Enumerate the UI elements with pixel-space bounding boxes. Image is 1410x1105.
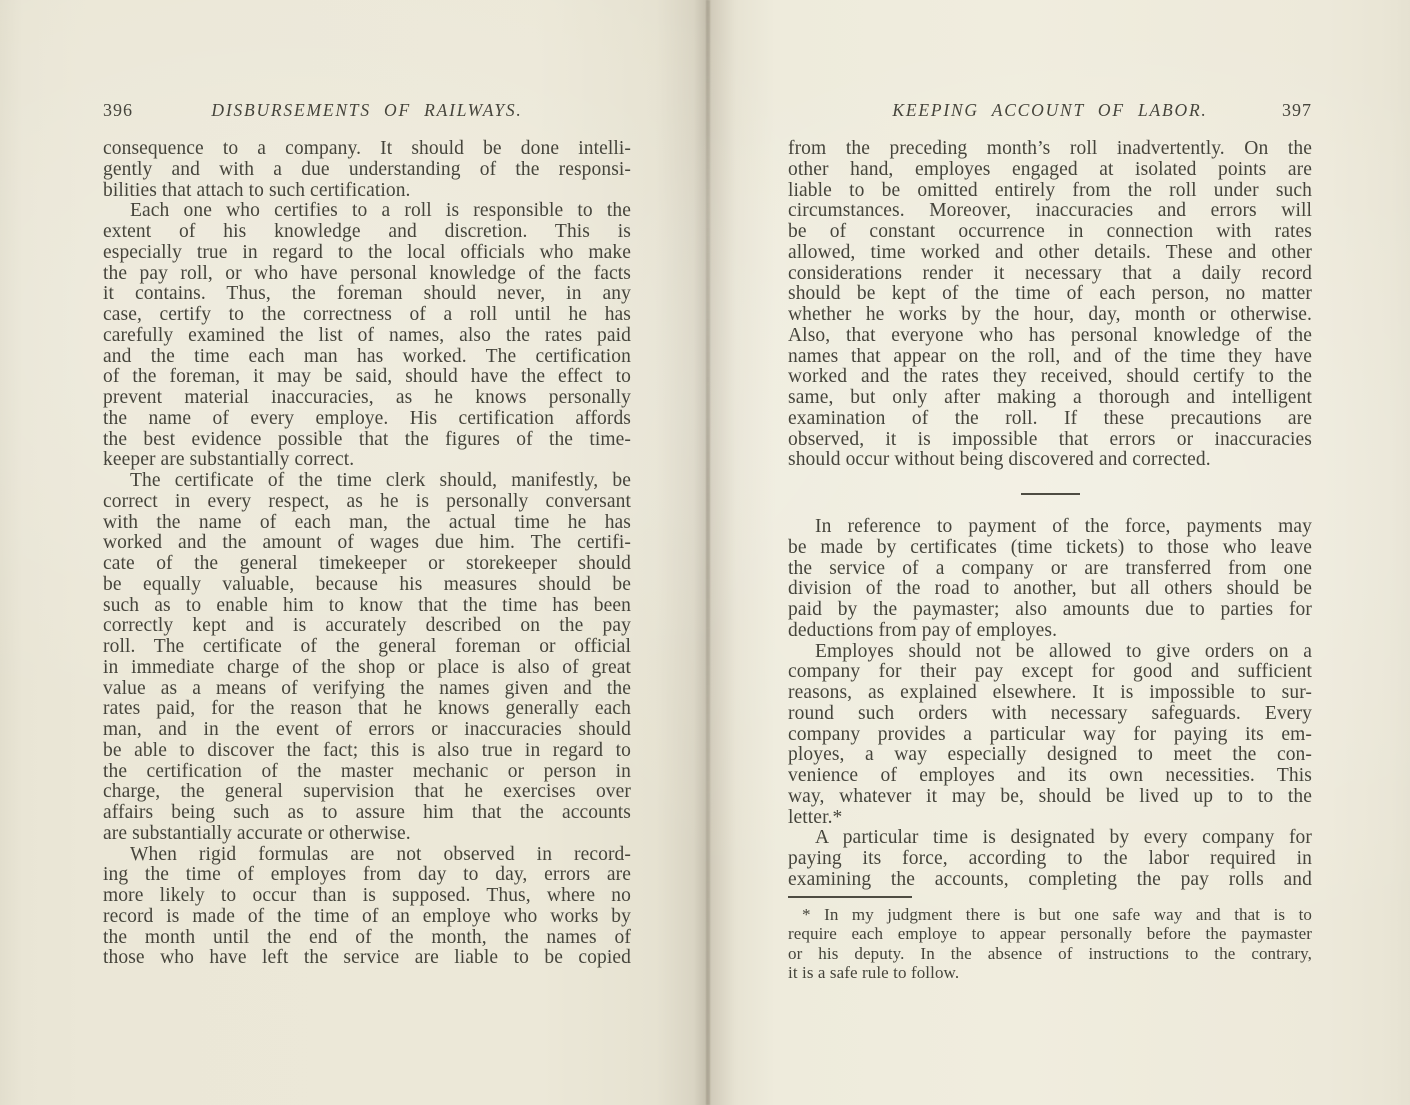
text-line: those who have left the service are liab… [103, 948, 631, 969]
footnote-line: or his deputy. In the absence of instruc… [788, 944, 1312, 964]
text-line: Each one who certifies to a roll is resp… [103, 201, 631, 222]
text-line: of the foreman, it may be said, should h… [103, 367, 631, 388]
page-body: consequence to a company. It should be d… [103, 139, 631, 969]
running-head: KEEPING ACCOUNT OF LABOR. [858, 100, 1242, 121]
text-line: the certification of the master mechanic… [103, 762, 631, 783]
text-line: company provides a particular way for pa… [788, 725, 1312, 746]
page-body: from the preceding month’s roll inadvert… [788, 139, 1312, 983]
text-line: The certificate of the time clerk should… [103, 471, 631, 492]
text-line: letter.* [788, 808, 1312, 829]
text-line: from the preceding month’s roll inadvert… [788, 139, 1312, 160]
page-header: 396 DISBURSEMENTS OF RAILWAYS. [103, 100, 631, 122]
section-divider [1021, 493, 1080, 495]
text-line: worked and the amount of wages due him. … [103, 533, 631, 554]
page-header: KEEPING ACCOUNT OF LABOR. 397 [788, 100, 1312, 122]
text-line: more likely to occur than is supposed. T… [103, 886, 631, 907]
text-line: worked and the rates they received, shou… [788, 367, 1312, 388]
text-line: examining the accounts, completing the p… [788, 870, 1312, 891]
text-line: ing the time of employes from day to day… [103, 865, 631, 886]
text-line: the best evidence possible that the figu… [103, 430, 631, 451]
text-line: gently and with a due understanding of t… [103, 160, 631, 181]
text-line: the pay roll, or who have personal knowl… [103, 264, 631, 285]
footnote-line: * In my judgment there is but one safe w… [788, 905, 1312, 925]
text-line: venience of employes and its own necessi… [788, 766, 1312, 787]
text-line: round such orders with necessary safegua… [788, 704, 1312, 725]
text-line: affairs being such as to assure him that… [103, 803, 631, 824]
text-line: the name of every employe. His certifica… [103, 409, 631, 430]
text-line: bilities that attach to such certificati… [103, 181, 631, 202]
text-line: consequence to a company. It should be d… [103, 139, 631, 160]
text-line: rates paid, for the reason that he knows… [103, 699, 631, 720]
footnote-line: require each employe to appear personall… [788, 924, 1312, 944]
text-line: division of the road to another, but all… [788, 579, 1312, 600]
text-line: correctly kept and is accurately describ… [103, 616, 631, 637]
text-line: When rigid formulas are not observed in … [103, 845, 631, 866]
text-line: should occur without being discovered an… [788, 450, 1312, 471]
text-line: prevent material inaccuracies, as he kno… [103, 388, 631, 409]
text-line: be of constant occurrence in connection … [788, 222, 1312, 243]
text-line: the service of a company or are transfer… [788, 559, 1312, 580]
text-line: examination of the roll. If these precau… [788, 409, 1312, 430]
footnote-line: it is a safe rule to follow. [788, 963, 1312, 983]
text-line: allowed, time worked and other details. … [788, 243, 1312, 264]
text-line: especially true in regard to the local o… [103, 243, 631, 264]
text-line: and the time each man has worked. The ce… [103, 347, 631, 368]
gutter-crease [706, 0, 710, 1105]
text-line: same, but only after making a thorough a… [788, 388, 1312, 409]
text-line: company for their pay except for good an… [788, 662, 1312, 683]
text-line: be able to discover the fact; this is al… [103, 741, 631, 762]
text-line: case, certify to the correctness of a ro… [103, 305, 631, 326]
text-line: deductions from pay of employes. [788, 621, 1312, 642]
text-line: other hand, employes engaged at isolated… [788, 160, 1312, 181]
text-line: are substantially accurate or otherwise. [103, 824, 631, 845]
text-line: it contains. Thus, the foreman should ne… [103, 284, 631, 305]
text-line: circumstances. Moreover, inaccuracies an… [788, 201, 1312, 222]
footnote-rule [788, 896, 912, 898]
text-line: reasons, as explained elsewhere. It is i… [788, 683, 1312, 704]
page-number: 396 [103, 100, 173, 121]
text-line: names that appear on the roll, and of th… [788, 347, 1312, 368]
text-line: way, whatever it may be, should be lived… [788, 787, 1312, 808]
book-scan: 396 DISBURSEMENTS OF RAILWAYS. consequen… [0, 0, 1410, 1105]
running-head: DISBURSEMENTS OF RAILWAYS. [173, 100, 561, 121]
text-line: observed, it is impossible that errors o… [788, 430, 1312, 451]
text-line: Employes should not be allowed to give o… [788, 642, 1312, 663]
text-line: man, and in the event of errors or inacc… [103, 720, 631, 741]
text-line: liable to be omitted entirely from the r… [788, 181, 1312, 202]
text-line: paid by the paymaster; also amounts due … [788, 600, 1312, 621]
text-line: extent of his knowledge and discretion. … [103, 222, 631, 243]
text-line: in immediate charge of the shop or place… [103, 658, 631, 679]
text-line: Also, that everyone who has personal kno… [788, 326, 1312, 347]
text-line: should be kept of the time of each perso… [788, 284, 1312, 305]
text-line: the month until the end of the month, th… [103, 928, 631, 949]
text-line: value as a means of verifying the names … [103, 679, 631, 700]
text-line: keeper are substantially correct. [103, 450, 631, 471]
text-line: be equally valuable, because his measure… [103, 575, 631, 596]
text-line: with the name of each man, the actual ti… [103, 513, 631, 534]
text-line: In reference to payment of the force, pa… [788, 517, 1312, 538]
text-line: carefully examined the list of names, al… [103, 326, 631, 347]
text-line: cate of the general timekeeper or storek… [103, 554, 631, 575]
text-line: such as to enable him to know that the t… [103, 596, 631, 617]
text-line: whether he works by the hour, day, month… [788, 305, 1312, 326]
text-line: A particular time is designated by every… [788, 828, 1312, 849]
text-line: roll. The certificate of the general for… [103, 637, 631, 658]
page-right: KEEPING ACCOUNT OF LABOR. 397 from the p… [788, 100, 1312, 983]
page-left: 396 DISBURSEMENTS OF RAILWAYS. consequen… [103, 100, 631, 969]
text-line: correct in every respect, as he is perso… [103, 492, 631, 513]
text-line: record is made of the time of an employe… [103, 907, 631, 928]
text-line: ployes, a way especially designed to mee… [788, 745, 1312, 766]
text-line: be made by certificates (time tickets) t… [788, 538, 1312, 559]
page-number: 397 [1242, 100, 1312, 121]
text-line: paying its force, according to the labor… [788, 849, 1312, 870]
text-line: considerations render it necessary that … [788, 264, 1312, 285]
text-line: charge, the general supervision that he … [103, 782, 631, 803]
